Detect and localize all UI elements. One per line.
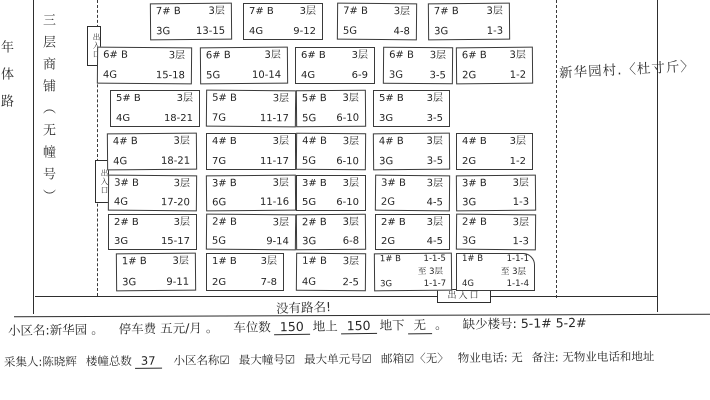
building-box-2-4: 2# B3层2G4-5 (375, 214, 450, 250)
units-label: 2G (381, 236, 395, 248)
floors-label: 3层 (173, 136, 189, 148)
building-total-label: 楼幢总数 (86, 353, 132, 369)
building-box-4-3: 4# B3层5G6-10 (296, 133, 366, 171)
units-label: 4G (249, 26, 263, 38)
building-box-2-2: 2# B3层5G9-14 (206, 214, 296, 251)
floors-label: 3层 (174, 178, 190, 190)
units-label: 3G (379, 156, 393, 168)
box-header: 2# B3层 (462, 217, 529, 229)
box-header: 5# B3层 (116, 93, 193, 105)
box-footer: 3G1-3 (462, 235, 529, 247)
map-right-boundary (556, 0, 557, 298)
building-number: 1# B (462, 255, 483, 264)
units-label: 5G (343, 25, 357, 37)
box-footer: 5G9-14 (212, 235, 289, 247)
room-range: 1-3 (513, 236, 529, 248)
box-header: 3# B3层 (212, 178, 289, 190)
building-number: 6# B (103, 50, 128, 62)
floors-label: 3层 (300, 6, 316, 18)
box-header: 3# B3层 (302, 178, 359, 190)
floors-label: 3层 (427, 217, 443, 229)
box-header: 6# B3层 (206, 50, 281, 62)
floors-label: 3层 (509, 50, 525, 62)
floors-label: 3层 (174, 217, 190, 229)
building-total-group: 楼幢总数 37 (86, 353, 165, 370)
box-footer: 5G6-10 (302, 197, 359, 209)
room-range: 2-5 (343, 277, 359, 289)
building-box-1-1: 1# B3层3G9-11 (116, 253, 196, 292)
floors-label: 3层 (273, 93, 289, 105)
building-box-6-2: 6# B3层5G10-14 (200, 47, 288, 85)
building-box-3-2: 3# B3层6G11-16 (206, 175, 296, 212)
box-footer: 3G9-11 (122, 276, 189, 288)
building-number: 2# B (212, 217, 237, 229)
road-name-label: 年体路 (0, 40, 15, 121)
box-footer: 3G3-5 (379, 113, 443, 125)
box-header: 4# B3层 (113, 136, 190, 148)
room-range: 6-8 (343, 235, 359, 247)
floors-label: 3层 (426, 136, 442, 148)
notes-line-1: 小区名:新华园 。 停车费 五元/月 。 车位数 150 地上 150 地下 无… (8, 313, 587, 340)
building-box-7-3: 7# B3层5G4-8 (337, 3, 417, 41)
room-range: 3-5 (430, 70, 446, 82)
box-header: 6# B3层 (301, 50, 368, 62)
box-header: 4# B3层 (379, 136, 443, 148)
box-header: 6# B3层 (462, 50, 526, 62)
room-range: 15-18 (156, 70, 185, 82)
building-box-4-4: 4# B3层3G3-5 (373, 133, 450, 171)
property-phone-note: 物业电话: 无 (458, 349, 523, 366)
room-range: 4-5 (427, 197, 443, 209)
floors-label: 3层 (343, 178, 359, 190)
building-box-3-1: 3# B3层4G17-20 (108, 175, 197, 212)
room-range: 6-10 (336, 112, 359, 124)
floors-label: 3层 (427, 93, 443, 105)
floors-label: 3层 (430, 50, 446, 62)
building-number: 4# B (212, 136, 237, 148)
box-header: 7# B3层 (156, 6, 225, 18)
floors-label: 3层 (172, 256, 188, 268)
box-header: 4# B3层 (302, 136, 359, 148)
box-header: 6# B3层 (103, 50, 185, 62)
box-footer: 4G15-18 (103, 69, 185, 81)
building-number: 3# B (114, 178, 139, 190)
room-range: 1-3 (513, 196, 529, 208)
box-footer: 2G1-2 (462, 156, 526, 168)
room-range: 1-1-4 (507, 280, 529, 289)
room-range: 1-1-7 (424, 280, 446, 289)
box-header: 2# B3层 (381, 217, 443, 229)
units-label: 5G (302, 113, 316, 125)
building-box-1-2: 1# B3层2G7-8 (206, 253, 284, 291)
building-number: 3# B (381, 178, 406, 190)
building-number: 4# B (113, 136, 138, 148)
building-number: 4# B (379, 136, 404, 148)
box-header: 2# B3层 (302, 217, 359, 229)
box-footer: 4G2-5 (302, 276, 359, 288)
units-label: 3G (389, 69, 403, 81)
room-range: 1-2 (510, 69, 526, 81)
floors-label: 3层 (264, 50, 280, 62)
box-header: 6# B3层 (389, 50, 446, 62)
building-number: 3# B (212, 178, 237, 190)
units-label: 2G (381, 196, 395, 208)
box-header: 2# B3层 (212, 217, 289, 229)
units-label: 2G (462, 70, 476, 82)
building-number: 1# B (380, 255, 401, 264)
building-number: 5# B (379, 93, 404, 105)
room-range: 9-12 (293, 26, 316, 38)
building-number: 2# B (114, 217, 139, 229)
box-header: 1# B3层 (212, 256, 277, 268)
building-box-5-3: 5# B3层5G6-10 (296, 90, 366, 128)
room-range: 1-3 (487, 25, 503, 37)
building-number: 6# B (462, 50, 487, 62)
building-number: 3# B (462, 178, 487, 190)
floors-label: 3层 (352, 50, 368, 62)
box-footer: 5G4-8 (343, 25, 410, 37)
floors-label: 1-1-1 (507, 255, 529, 264)
building-box-6-4: 6# B3层3G3-5 (383, 47, 453, 85)
units-label: 2G (462, 156, 476, 168)
floors-label: 3层 (394, 6, 410, 18)
building-number: 5# B (116, 93, 141, 105)
room-range: 4-8 (394, 26, 410, 38)
spaces-total-value: 150 (274, 319, 310, 335)
room-range: 6-10 (336, 197, 359, 209)
box-footer: 2G4-5 (381, 236, 443, 248)
units-label: 5G (212, 235, 226, 247)
building-number: 4# B (462, 136, 487, 148)
box-footer: 2G7-8 (212, 277, 277, 289)
building-box-4-2: 4# B3层7G11-17 (206, 133, 296, 170)
units-label: 4G (113, 156, 127, 168)
building-box-6-1: 6# B3层4G15-18 (97, 47, 192, 85)
box-header: 7# B3层 (249, 6, 316, 18)
box-header: 1# B1-1-1 (462, 255, 529, 264)
building-number: 7# B (434, 6, 459, 18)
room-range: 6-9 (352, 70, 368, 82)
building-box-4-5: 4# B3层2G1-2 (456, 133, 533, 170)
room-range: 17-20 (161, 197, 190, 209)
room-range: 9-14 (266, 236, 289, 248)
floors-label: 3层 (343, 136, 359, 148)
parking-fee-note: 停车费 五元/月 。 (119, 318, 219, 337)
box-footer: 3G1-3 (434, 25, 503, 37)
box-footer: 2G1-2 (462, 69, 526, 81)
check-max-unit: 最大单元号☑ (304, 351, 372, 368)
box-footer: 6G11-16 (212, 196, 289, 208)
building-total-value: 37 (135, 354, 162, 369)
box-footer: 5G10-14 (206, 69, 281, 81)
box-header: 7# B3层 (434, 6, 503, 18)
above-ground-value: 150 (341, 318, 377, 334)
box-footer: 4G9-12 (249, 26, 316, 38)
building-box-6-3: 6# B3层4G6-9 (295, 47, 375, 84)
building-box-1-5: 1# B1-1-1至 3层4G1-1-4 (456, 253, 535, 291)
units-label: 3G (380, 280, 392, 289)
room-range: 10-14 (252, 69, 281, 81)
separator-mark: 。 (435, 315, 448, 333)
building-number: 7# B (343, 6, 368, 18)
building-number: 2# B (302, 217, 327, 229)
below-ground-label: 地下 (379, 315, 404, 333)
units-label: 4G (116, 113, 130, 125)
floors-label: 3层 (343, 256, 359, 268)
building-number: 6# B (301, 50, 326, 62)
box-footer: 3G6-8 (302, 235, 359, 247)
units-label: 5G (302, 155, 316, 167)
floors-label: 3层 (177, 93, 193, 105)
floors-label: 3层 (513, 217, 529, 229)
box-footer: 3G15-17 (114, 236, 190, 248)
to-floors-label: 至 3层 (418, 267, 443, 276)
building-box-2-5: 2# B3层3G1-3 (456, 214, 536, 251)
building-box-5-1: 5# B3层4G18-21 (110, 90, 200, 127)
floors-label: 3层 (272, 178, 288, 190)
to-floors-label: 至 3层 (501, 268, 526, 277)
building-number: 6# B (206, 50, 231, 62)
box-footer: 7G11-17 (212, 112, 289, 124)
box-footer: 2G4-5 (381, 196, 443, 208)
box-header: 5# B3层 (302, 93, 359, 105)
box-header: 5# B3层 (212, 93, 289, 105)
building-box-2-1: 2# B3层3G15-17 (108, 214, 197, 250)
floors-label: 3层 (427, 178, 443, 190)
units-label: 3G (379, 113, 393, 125)
entrance-box-bottom: 出入口 (437, 289, 491, 303)
community-name: 小区名:新华园 。 (8, 320, 104, 339)
building-number: 5# B (212, 93, 237, 105)
units-label: 4G (103, 69, 117, 81)
box-footer: 7G11-17 (212, 156, 289, 168)
units-label: 4G (462, 280, 474, 289)
box-header: 4# B3层 (462, 136, 526, 148)
floors-label: 1-1-5 (423, 255, 445, 264)
room-range: 4-5 (427, 236, 443, 248)
building-number: 7# B (249, 6, 274, 18)
box-footer: 4G6-9 (301, 70, 368, 82)
building-number: 1# B (302, 256, 327, 268)
units-label: 3G (462, 235, 476, 247)
box-footer: 5G6-10 (302, 155, 359, 167)
building-number: 1# B (212, 256, 237, 268)
spaces-label: 车位数 (233, 317, 271, 336)
check-community-name: 小区名称☑ (173, 352, 229, 368)
box-footer: 3G3-5 (379, 155, 443, 167)
units-label: 5G (206, 70, 220, 82)
box-header: 2# B3层 (114, 217, 190, 229)
units-label: 2G (212, 277, 226, 289)
box-header: 5# B3层 (379, 93, 443, 105)
building-box-1-4: 1# B1-1-5至 3层3G1-1-7 (374, 253, 452, 292)
floors-label: 3层 (510, 136, 526, 148)
collector-name: 采集人:陈晓辉 (4, 353, 77, 370)
box-footer: 3G13-15 (156, 25, 225, 37)
room-range: 15-17 (161, 236, 190, 248)
room-range: 18-21 (164, 113, 193, 125)
room-range: 13-15 (196, 25, 225, 37)
box-header: 3# B3层 (381, 178, 443, 190)
no-road-name-note: 没有路名! (276, 297, 332, 317)
floors-label: 3层 (486, 6, 502, 18)
units-label: 7G (212, 112, 226, 124)
room-range: 11-17 (260, 156, 289, 168)
box-header: 1# B3层 (122, 256, 189, 268)
units-label: 6G (212, 197, 226, 209)
notes-line-2: 采集人:陈晓辉 楼幢总数 37 小区名称☑ 最大幢号☑ 最大单元号☑ 邮箱☑〈无… (4, 348, 654, 370)
room-range: 6-10 (336, 156, 359, 168)
box-header: 1# B3层 (302, 256, 359, 268)
room-range: 3-5 (427, 113, 443, 125)
check-max-building: 最大幢号☑ (239, 351, 295, 367)
map-border-bottom (35, 296, 657, 297)
units-label: 3G (114, 236, 128, 248)
below-ground-value: 无 (407, 315, 432, 334)
building-number: 1# B (122, 256, 147, 268)
building-box-7-2: 7# B3层4G9-12 (243, 3, 323, 40)
floors-label: 3层 (512, 178, 528, 190)
building-box-3-3: 3# B3层5G6-10 (296, 175, 366, 211)
building-box-6-5: 6# B3层2G1-2 (456, 47, 533, 85)
compound-name-label: 新华园村.〈杜寸斤〉 (559, 54, 696, 81)
building-number: 3# B (302, 178, 327, 190)
box-header: 1# B1-1-5 (380, 255, 446, 264)
room-range: 9-11 (166, 276, 189, 288)
floors-label: 3层 (208, 6, 224, 18)
box-footer: 3G1-1-7 (380, 280, 446, 289)
building-box-7-4: 7# B3层3G1-3 (428, 3, 510, 41)
map-border-right (657, 0, 658, 312)
building-box-2-3: 2# B3层3G6-8 (296, 214, 366, 251)
floors-label: 3层 (169, 50, 185, 62)
building-box-5-4: 5# B3层3G3-5 (373, 90, 450, 127)
room-range: 3-5 (427, 155, 443, 167)
building-box-3-5: 3# B3层3G1-3 (456, 175, 536, 212)
units-label: 7G (212, 156, 226, 168)
building-number: 5# B (302, 93, 327, 105)
floors-label: 3层 (342, 217, 358, 229)
units-label: 4G (301, 70, 315, 82)
box-footer: 4G18-21 (116, 113, 193, 125)
floors-label: 3层 (261, 256, 277, 268)
units-label: 3G (156, 26, 170, 38)
box-footer: 3G1-3 (462, 196, 529, 208)
units-label: 4G (302, 276, 316, 288)
floors-label: 3层 (342, 93, 358, 105)
floors-label: 3层 (273, 217, 289, 229)
building-number: 6# B (389, 50, 414, 62)
units-label: 3G (122, 277, 136, 289)
room-range: 18-21 (161, 155, 190, 167)
box-header: 4# B3层 (212, 136, 289, 148)
shops-annotation: 三层商铺（无幢号） (38, 13, 57, 211)
box-middle: 至 3层 (380, 267, 446, 276)
building-box-1-3: 1# B3层4G2-5 (296, 253, 366, 292)
box-footer: 3G3-5 (389, 69, 446, 81)
missing-buildings-note: 缺少楼号: 5-1# 5-2# (462, 313, 586, 333)
room-range: 11-16 (260, 196, 289, 208)
room-range: 11-17 (260, 113, 289, 125)
building-box-7-1: 7# B3层3G13-15 (150, 3, 232, 41)
box-header: 7# B3层 (343, 6, 410, 18)
survey-sketch-page: 年体路 三层商铺（无幢号） 出入口 出入口 出入口 7# B3层3G13-157… (0, 0, 710, 400)
units-label: 5G (302, 197, 316, 209)
units-label: 3G (434, 26, 448, 38)
above-ground-label: 地上 (313, 316, 338, 334)
building-number: 2# B (381, 217, 406, 229)
room-range: 1-2 (510, 156, 526, 168)
units-label: 3G (302, 236, 316, 248)
building-box-3-4: 3# B3层2G4-5 (375, 175, 450, 212)
box-footer: 4G1-1-4 (462, 280, 529, 289)
map-border-left (33, 0, 34, 314)
building-number: 4# B (302, 136, 327, 148)
building-number: 7# B (156, 6, 181, 18)
parking-spaces-group: 车位数 150 地上 150 地下 无 。 (233, 315, 448, 337)
floors-label: 3层 (273, 136, 289, 148)
box-footer: 4G17-20 (114, 196, 190, 208)
building-box-5-2: 5# B3层7G11-17 (206, 90, 296, 128)
box-middle: 至 3层 (462, 268, 529, 277)
building-box-4-1: 4# B3层4G18-21 (107, 133, 197, 171)
box-footer: 5G6-10 (302, 112, 359, 124)
box-footer: 4G18-21 (113, 155, 190, 167)
box-header: 3# B3层 (462, 178, 529, 190)
check-mailbox: 邮箱☑〈无〉 (381, 350, 449, 367)
room-range: 7-8 (261, 277, 277, 289)
building-number: 2# B (462, 217, 487, 229)
box-header: 3# B3层 (114, 178, 190, 190)
remark-note: 备注: 无物业电话和地址 (532, 348, 655, 365)
units-label: 3G (462, 197, 476, 209)
units-label: 4G (114, 196, 128, 208)
